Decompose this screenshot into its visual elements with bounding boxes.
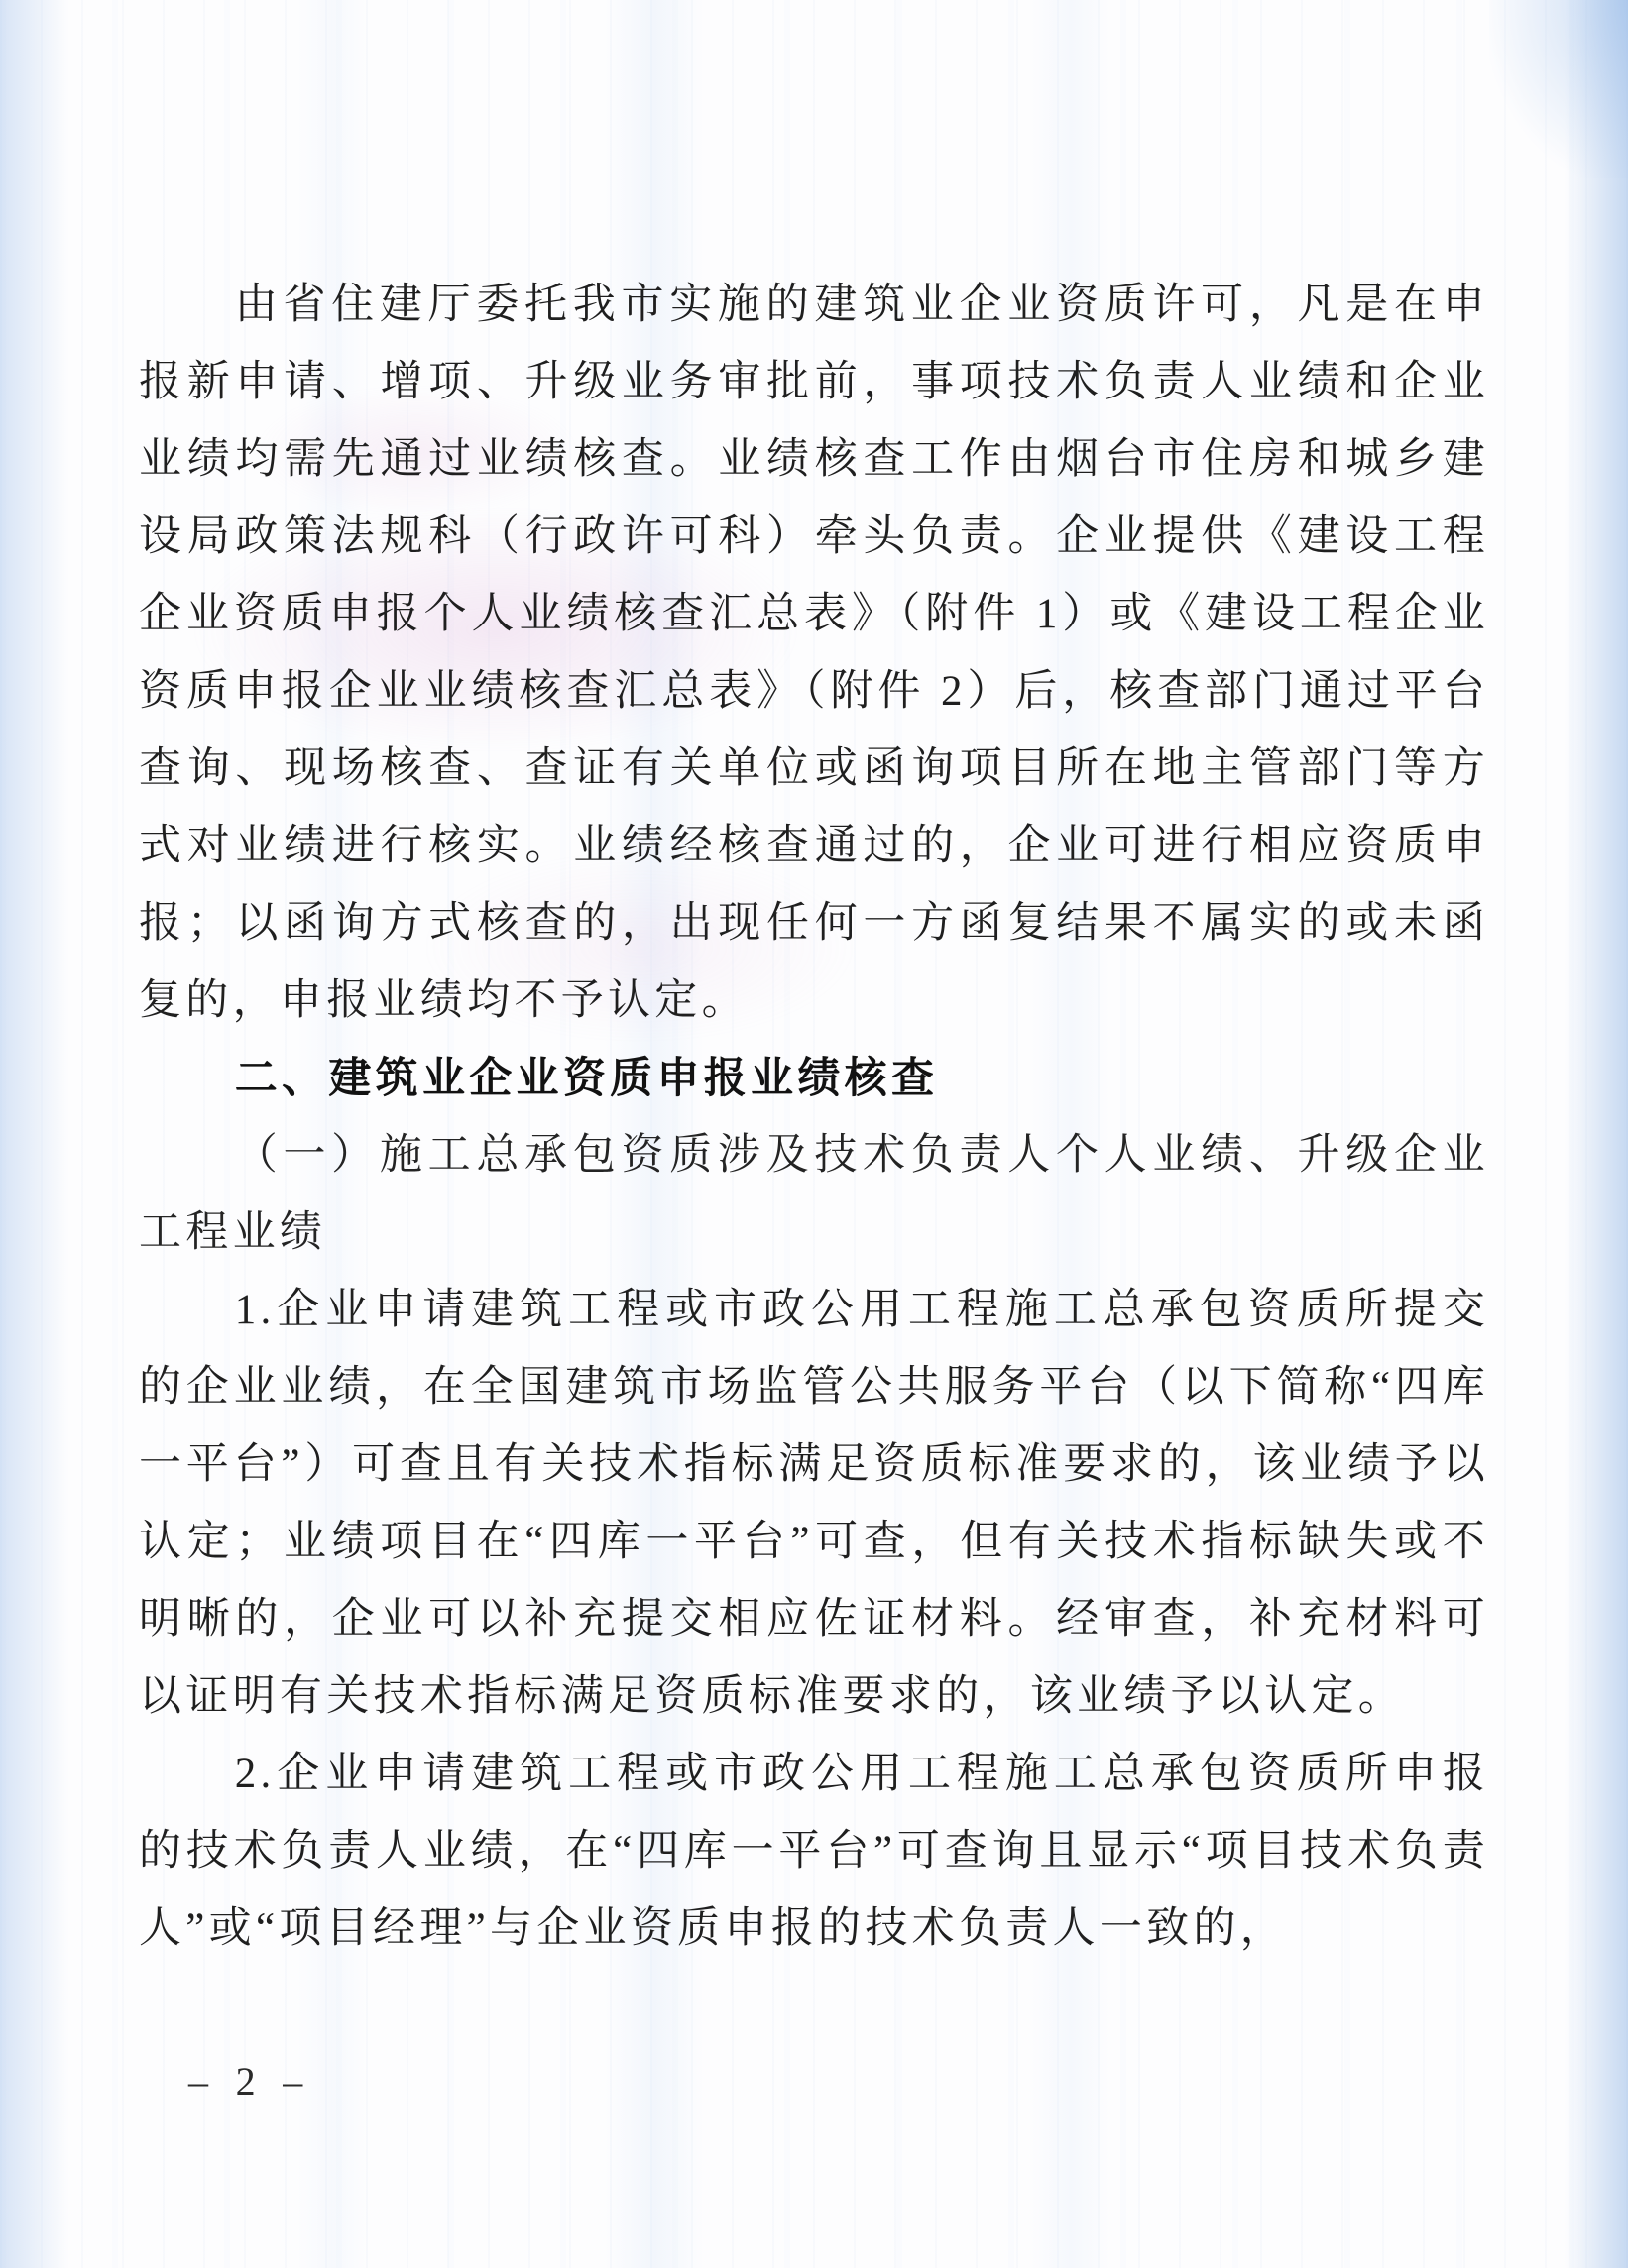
page-number: – 2 – — [188, 2060, 311, 2103]
scan-edge-shadow-right — [1565, 0, 1628, 2268]
section-heading: 二、建筑业企业资质申报业绩核查 — [139, 1040, 1489, 1117]
paragraph-item-2: 2.企业申请建筑工程或市政公用工程施工总承包资质所申报的技术负责人业绩，在“四库… — [139, 1736, 1489, 1968]
paragraph-intro: 由省住建厅委托我市实施的建筑业企业资质许可，凡是在申报新申请、增项、升级业务审批… — [139, 267, 1489, 1040]
scan-edge-shadow-left — [0, 0, 69, 2268]
subsection-heading: （一）施工总承包资质涉及技术负责人个人业绩、升级企业工程业绩 — [139, 1117, 1489, 1272]
document-body: 由省住建厅委托我市实施的建筑业企业资质许可，凡是在申报新申请、增项、升级业务审批… — [139, 267, 1489, 1968]
scan-corner-smudge — [1489, 0, 1628, 178]
document-page: 由省住建厅委托我市实施的建筑业企业资质许可，凡是在申报新申请、增项、升级业务审批… — [0, 0, 1628, 2268]
paragraph-item-1: 1.企业申请建筑工程或市政公用工程施工总承包资质所提交的企业业绩，在全国建筑市场… — [139, 1272, 1489, 1736]
